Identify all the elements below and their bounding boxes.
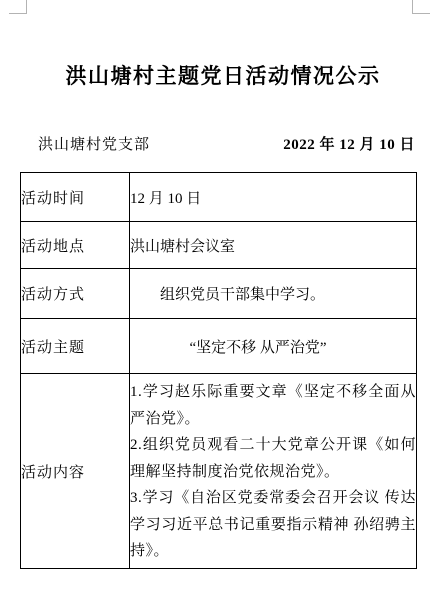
content-paragraph-2: 2.组织党员观看二十大党章公开课《如何理解坚持制度治党依规治党》。 bbox=[130, 432, 416, 485]
table-row-activity-theme: 活动主题 “坚定不移 从严治党” bbox=[21, 319, 417, 374]
row-label: 活动内容 bbox=[21, 374, 130, 569]
table-row-activity-content: 活动内容 1.学习赵乐际重要文章《坚定不移全面从严治党》。 2.组织党员观看二十… bbox=[21, 374, 417, 569]
table-row-activity-time: 活动时间 12 月 10 日 bbox=[21, 173, 417, 222]
document-date: 2022 年 12 月 10 日 bbox=[283, 133, 415, 154]
activity-table: 活动时间 12 月 10 日 活动地点 洪山塘村会议室 活动方式 组织党员干部集… bbox=[20, 172, 417, 569]
row-value: “坚定不移 从严治党” bbox=[130, 319, 417, 374]
table-row-activity-place: 活动地点 洪山塘村会议室 bbox=[21, 222, 417, 269]
content-paragraph-1: 1.学习赵乐际重要文章《坚定不移全面从严治党》。 bbox=[130, 379, 416, 432]
row-value: 12 月 10 日 bbox=[130, 173, 417, 222]
table-row-activity-method: 活动方式 组织党员干部集中学习。 bbox=[21, 269, 417, 319]
crop-mark-top-right-horizontal bbox=[412, 13, 430, 14]
organization-name: 洪山塘村党支部 bbox=[38, 133, 150, 154]
crop-mark-top-left-horizontal bbox=[9, 13, 27, 14]
byline: 洪山塘村党支部 2022 年 12 月 10 日 bbox=[38, 133, 415, 154]
crop-mark-top-left-vertical bbox=[26, 0, 27, 14]
row-value: 1.学习赵乐际重要文章《坚定不移全面从严治党》。 2.组织党员观看二十大党章公开… bbox=[130, 374, 417, 569]
row-value: 组织党员干部集中学习。 bbox=[130, 269, 417, 319]
row-label: 活动主题 bbox=[21, 319, 130, 374]
row-label: 活动时间 bbox=[21, 173, 130, 222]
row-label: 活动方式 bbox=[21, 269, 130, 319]
row-label: 活动地点 bbox=[21, 222, 130, 269]
page-title: 洪山塘村主题党日活动情况公示 bbox=[0, 60, 446, 90]
content-paragraph-3: 3.学习《自治区党委常委会召开会议 传达学习习近平总书记重要指示精神 孙绍骋主持… bbox=[130, 485, 416, 565]
row-value: 洪山塘村会议室 bbox=[130, 222, 417, 269]
crop-mark-top-right-vertical bbox=[412, 0, 413, 14]
document-page: 洪山塘村主题党日活动情况公示 洪山塘村党支部 2022 年 12 月 10 日 … bbox=[0, 0, 446, 597]
